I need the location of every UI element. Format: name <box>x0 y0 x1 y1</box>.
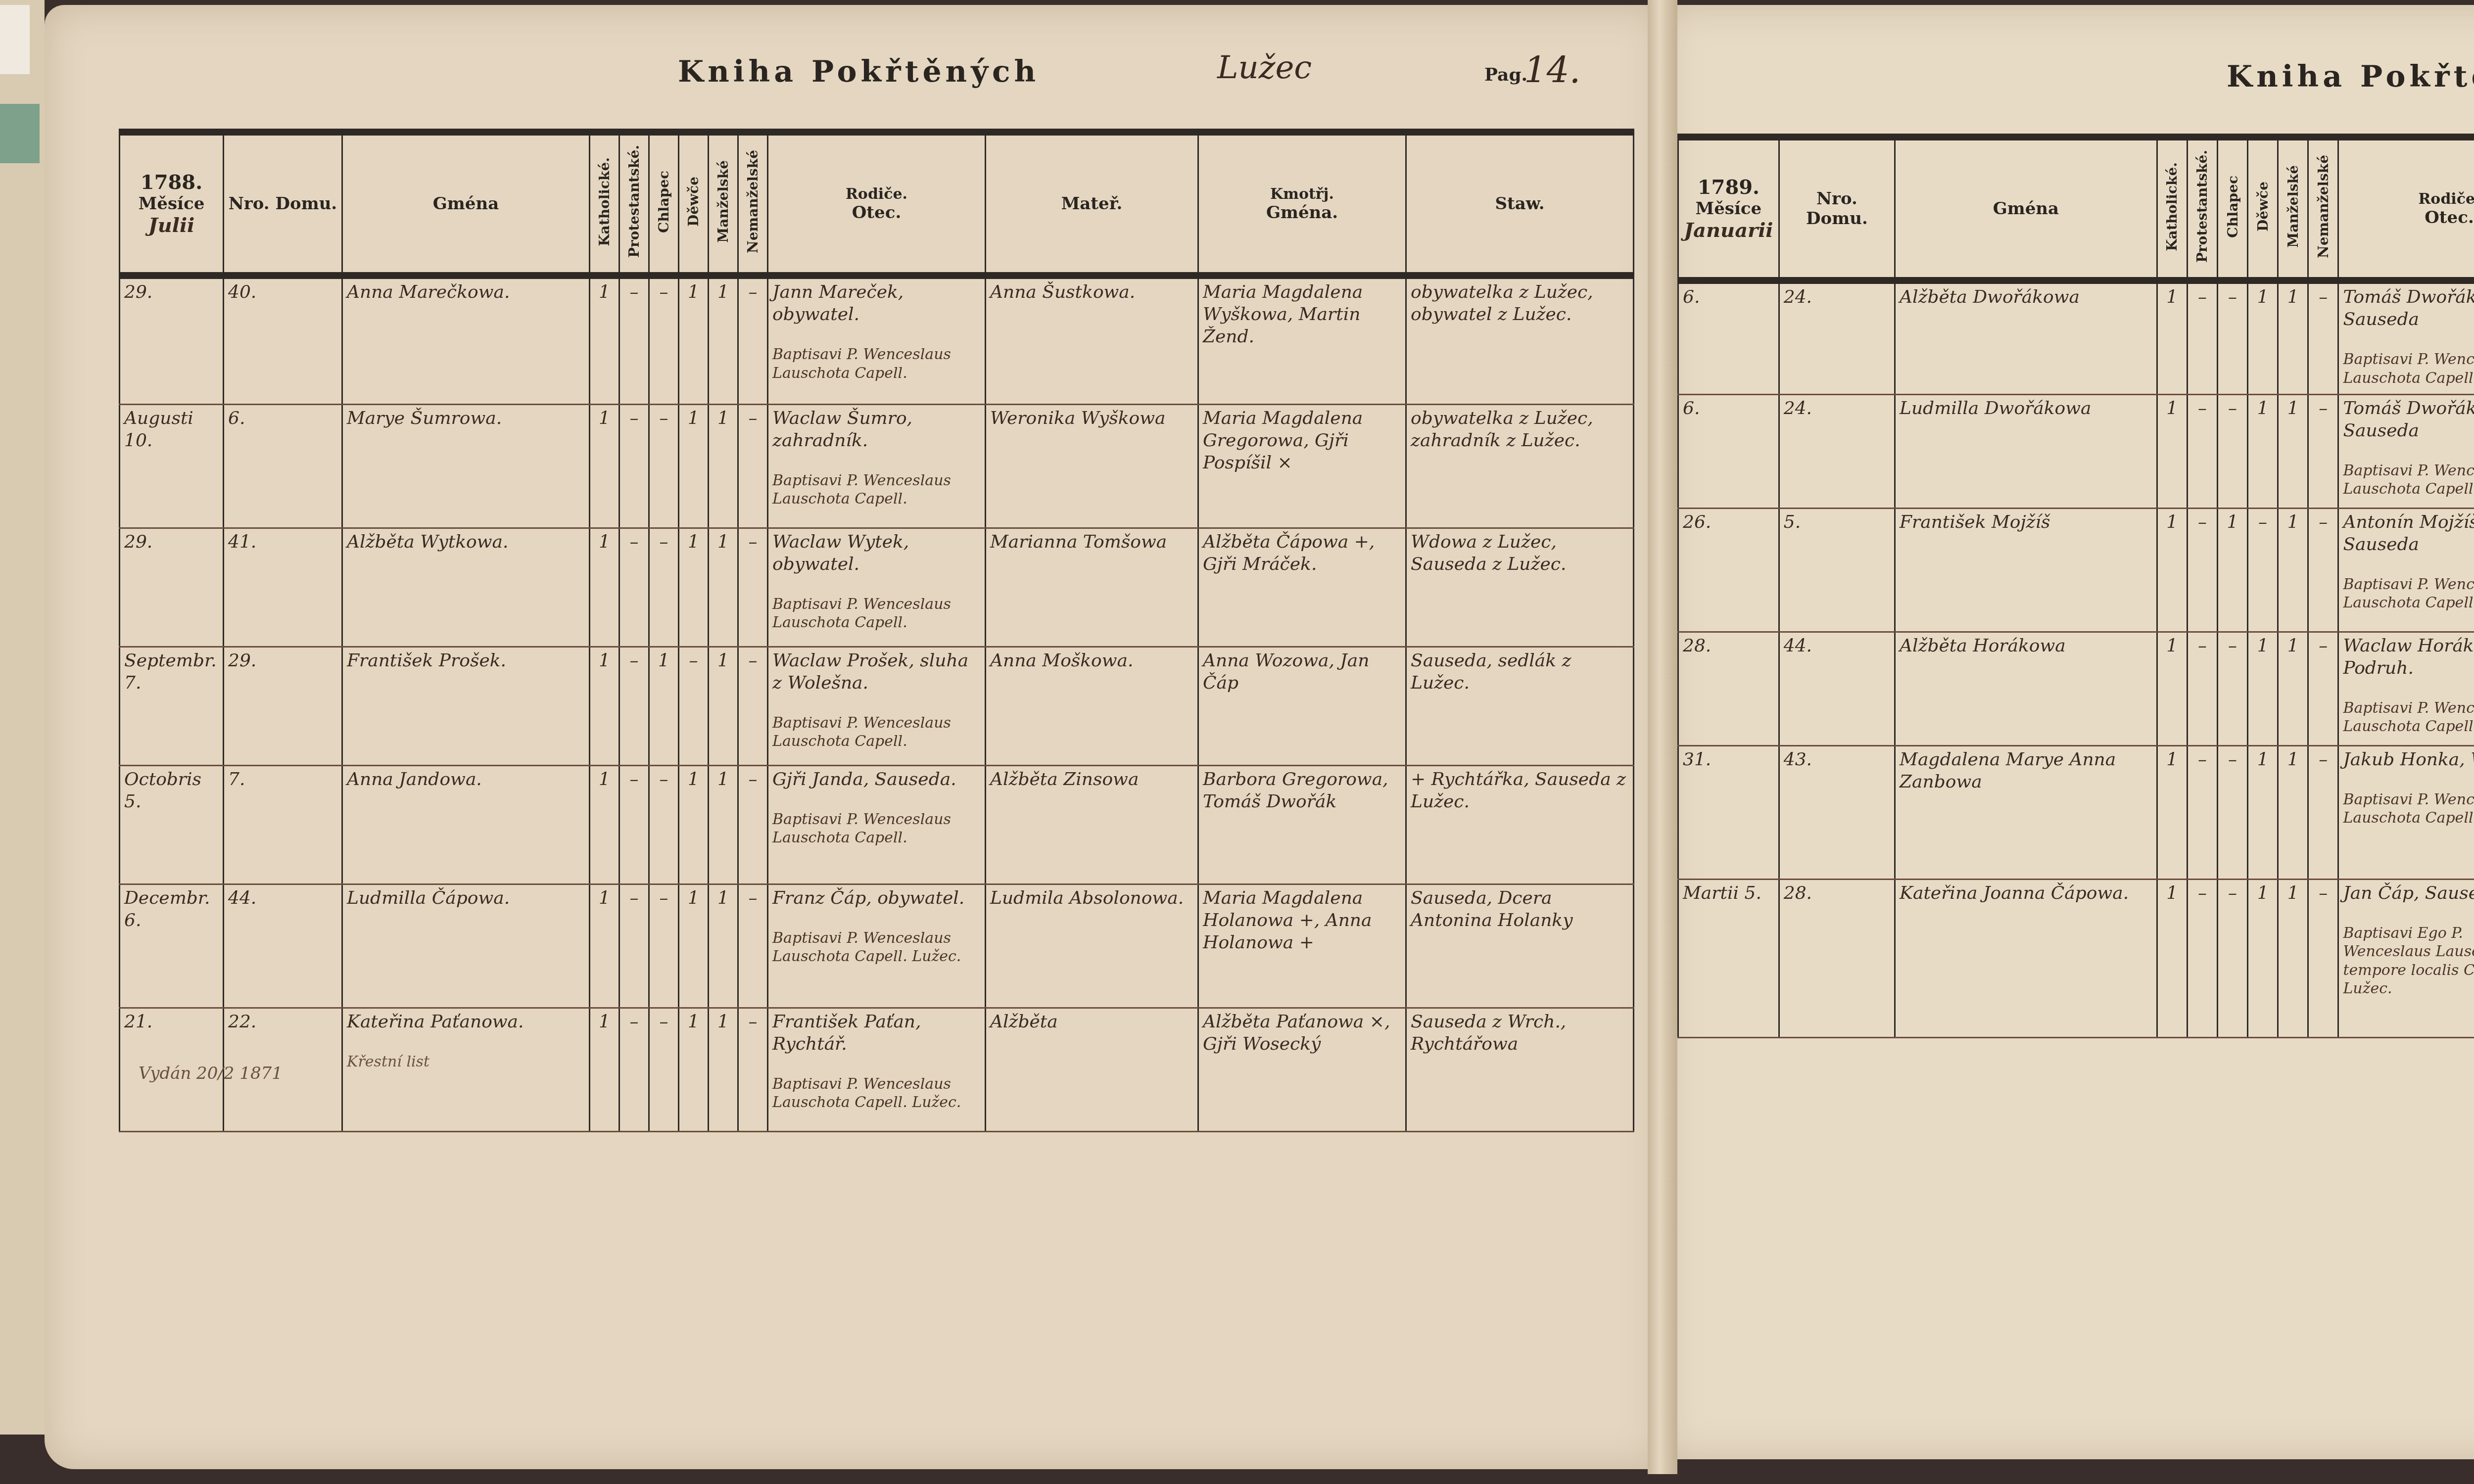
table-row: 31.43.Magdalena Marye Anna Zanbowa 1––11… <box>1678 745 2474 879</box>
row-father: Jann Mareček, obywatel.Baptisavi P. Wenc… <box>768 276 986 404</box>
header-catholic: Katholické. <box>590 132 619 276</box>
right-register-table: 1789.MěsíceJanuarii Nro. Domu. Gména Kat… <box>1677 134 2474 1038</box>
header-mother: Mateř. <box>986 132 1198 276</box>
header-house-number: Nro. Domu. <box>1779 137 1895 280</box>
table-row: Augusti 10.6.Marye Šumrowa. 1––11– Wacla… <box>120 404 1634 528</box>
left-footnote-issued: Vydán 20/2 1871 <box>139 1064 283 1083</box>
row-house: 40. <box>224 276 342 404</box>
header-house-number: Nro. Domu. <box>224 132 342 276</box>
table-row: 28.44.Alžběta Horákowa 1––11– Waclaw Hor… <box>1678 632 2474 745</box>
header-father: Rodiče.Otec. <box>2338 137 2474 280</box>
header-legitimate: Manželské <box>2278 137 2308 280</box>
header-boy: Chlapec <box>2217 137 2247 280</box>
header-godparent-status: Staw. <box>1406 132 1634 276</box>
header-protestant: Protestantské. <box>2187 137 2217 280</box>
left-book-title: Kniha Pokřtěných <box>678 54 1040 89</box>
right-book-title: Kniha Pokřtěných <box>2227 59 2474 94</box>
book-gutter <box>1648 0 1677 1474</box>
row-child-name: Anna Marečkowa. <box>342 276 590 404</box>
table-row: Octobris 5.7.Anna Jandowa. 1––11– Gjři J… <box>120 765 1634 884</box>
table-row: 6.24.Alžběta Dwořákowa 1––11– Tomáš Dwoř… <box>1678 280 2474 394</box>
header-names: Gména <box>1895 137 2157 280</box>
header-legitimate: Manželské <box>709 132 738 276</box>
row-date: 29. <box>120 276 224 404</box>
header-boy: Chlapec <box>649 132 679 276</box>
table-row: 6.24.Ludmilla Dwořákowa 1––11– Tomáš Dwo… <box>1678 394 2474 508</box>
header-illegitimate: Nemanželské <box>738 132 768 276</box>
table-row: Septembr. 7.29.František Prošek. 1–1–1– … <box>120 647 1634 765</box>
header-girl: Děwče <box>2248 137 2278 280</box>
row-mother: Anna Šustkowa. <box>986 276 1198 404</box>
table-row: 29.41.Alžběta Wytkowa. 1––11– Waclaw Wyt… <box>120 528 1634 647</box>
left-page-number: 14. <box>1524 49 1581 91</box>
header-names: Gména <box>342 132 590 276</box>
green-bookmark-tab <box>0 104 40 163</box>
left-place-name: Lužec <box>1217 49 1312 86</box>
header-girl: Děwče <box>679 132 709 276</box>
book-edge <box>0 0 45 1435</box>
header-godparent-names: Kmotřj.Gména. <box>1198 132 1406 276</box>
left-register-table: 1788.MěsíceJulii Nro. Domu. Gména Kathol… <box>119 129 1634 1132</box>
header-catholic: Katholické. <box>2157 137 2187 280</box>
header-illegitimate: Nemanželské <box>2308 137 2338 280</box>
table-row: Decembr. 6.44.Ludmilla Čápowa. 1––11– Fr… <box>120 884 1634 1008</box>
table-row: 29.40.Anna Marečkowa. 1––11– Jann Mareče… <box>120 276 1634 404</box>
header-month: 1788.MěsíceJulii <box>120 132 224 276</box>
table-row: 21.22.Kateřina Paťanowa.Křestní list 1––… <box>120 1008 1634 1131</box>
header-protestant: Protestantské. <box>619 132 649 276</box>
paper-slip <box>0 5 30 74</box>
header-month: 1789.MěsíceJanuarii <box>1678 137 1779 280</box>
table-row: 26.5.František Mojžíš 1–1–1– Antonín Moj… <box>1678 508 2474 632</box>
row-godparent-status: obywatelka z Lužec, obywatel z Lužec. <box>1406 276 1634 404</box>
left-page-label: Pag. <box>1484 64 1527 85</box>
row-godparents: Maria Magdalena Wyškowa, Martin Žend. <box>1198 276 1406 404</box>
table-row: Martii 5.28.Kateřina Joanna Čápowa. 1––1… <box>1678 879 2474 1037</box>
header-father: Rodiče.Otec. <box>768 132 986 276</box>
